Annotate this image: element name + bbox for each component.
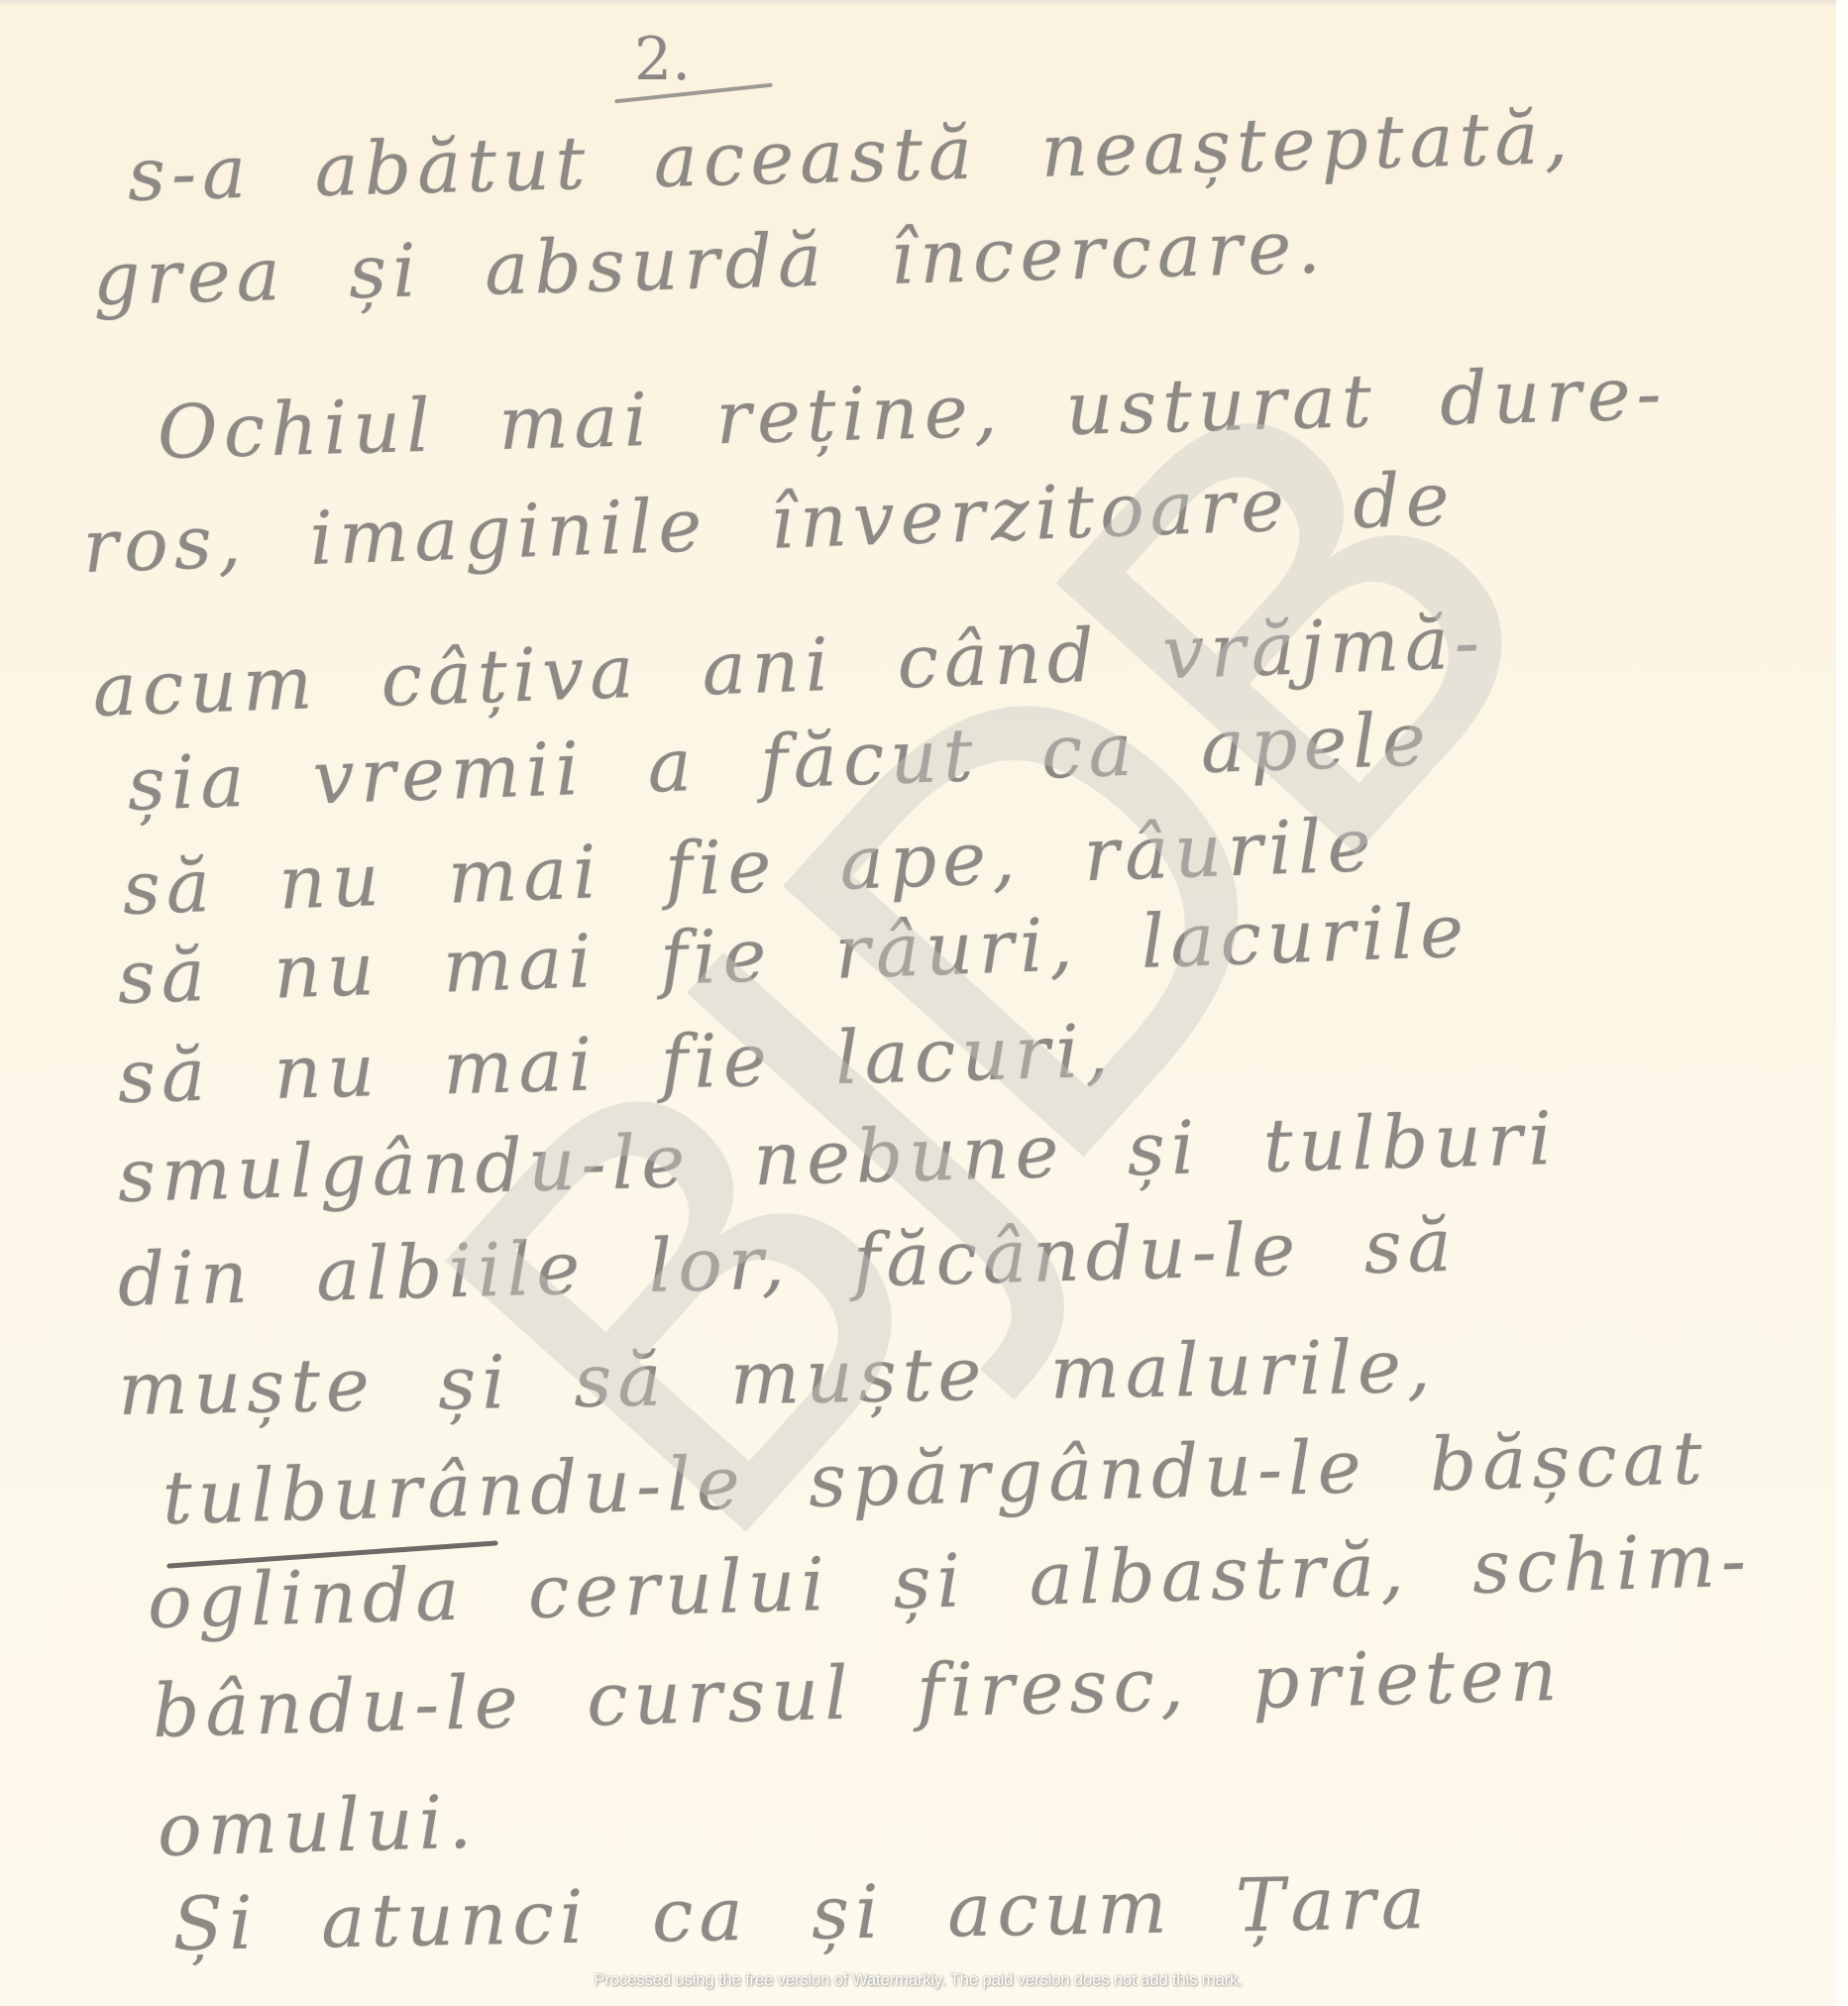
handwritten-line: Și atunci ca și acum Țara [172,1866,1432,1961]
handwritten-line: grea și absurdă încercare. [92,210,1328,316]
handwritten-line: bându-le cursul firesc, prieten [152,1638,1564,1748]
handwritten-line: oglinda cerului și albastră, schim- [147,1524,1753,1639]
page-number: 2. [634,30,691,89]
handwritten-line: omului. [157,1786,479,1867]
handwritten-line: Ochiul mai reține, usturat dure- [157,357,1668,470]
scan-edge-strip [1836,0,1848,2006]
page-top-shadow [0,0,1836,6]
watermarkly-footer-notice: Processed using the free version of Wate… [0,1970,1836,1990]
handwritten-line: s-a abătut această neașteptată, [127,101,1575,212]
manuscript-page: 2. s-a abătut această neașteptată, grea … [0,0,1836,2006]
